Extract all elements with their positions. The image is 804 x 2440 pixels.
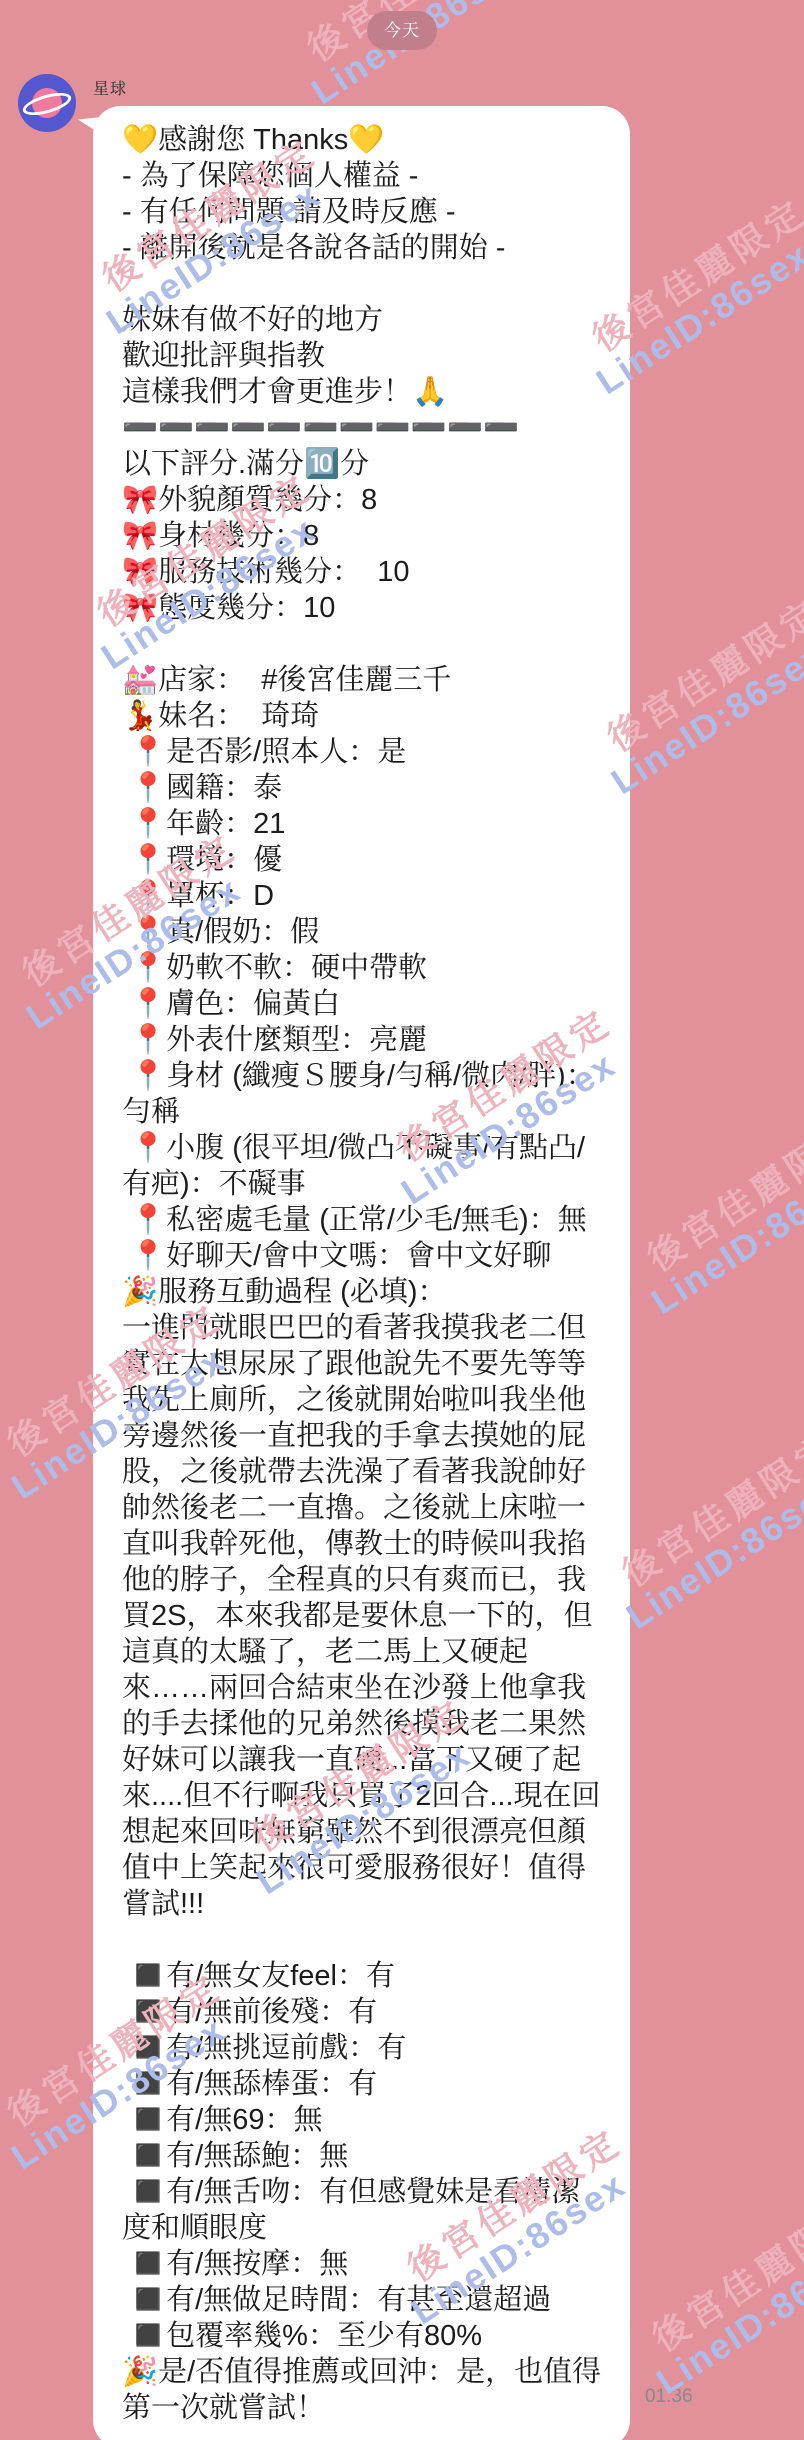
- message-line: 🎀態度幾分：10: [122, 590, 602, 626]
- message-line: ◼️有/無挑逗前戲：有: [122, 2030, 602, 2066]
- watermark-brand-text: 後宮佳麗限定: [641, 2185, 804, 2362]
- message-line: 這樣我們才會更進步！🙏: [122, 374, 602, 410]
- message-line: [122, 266, 602, 302]
- message-line: 🎉服務互動過程 (必填)：: [122, 1274, 602, 1310]
- message-line: 🎉是/否值得推薦或回沖：是，也值得第一次就嘗試！: [122, 2354, 602, 2426]
- message-line: 📍環境：優: [122, 842, 602, 878]
- message-line: 📍罩杯：D: [122, 878, 602, 914]
- message-line: - 為了保障您個人權益 -: [122, 158, 602, 194]
- message-bubble[interactable]: 💛感謝您 Thanks💛- 為了保障您個人權益 -- 有任何問題 請及時反應 -…: [93, 106, 630, 2440]
- message-line: 💃妹名： 琦琦: [122, 698, 602, 734]
- avatar[interactable]: [18, 74, 76, 132]
- watermark-lineid-text: LineID:86sex: [649, 2223, 804, 2403]
- message-line: ◼️有/無女友feel：有: [122, 1958, 602, 1994]
- message-line: - 有任何問題 請及時反應 -: [122, 194, 602, 230]
- message-line: ◼️有/無做足時間：有甚至還超過: [122, 2282, 602, 2318]
- message-line: 📍年齡：21: [122, 806, 602, 842]
- message-line: ◼️包覆率幾%：至少有80%: [122, 2318, 602, 2354]
- message-line: 🎀身材幾分：8: [122, 518, 602, 554]
- message-line: 📍是否影/照本人：是: [122, 734, 602, 770]
- watermark: 後宮佳麗限定LineID:86sex: [641, 2185, 804, 2392]
- watermark-brand-text: 後宮佳麗限定: [636, 1105, 804, 1282]
- watermark: 後宮佳麗限定LineID:86sex: [636, 1105, 804, 1312]
- message-line: ◼️有/無按摩：無: [122, 2246, 602, 2282]
- message-line: 📍好聊天/會中文嗎：會中文好聊: [122, 1238, 602, 1274]
- message-line: 📍身材 (纖瘦Ｓ腰身/勻稱/微肉/胖)：勻稱: [122, 1058, 602, 1130]
- message-line: 🎀外貌顏質幾分：8: [122, 482, 602, 518]
- message-line: 📍膚色：偏黃白: [122, 986, 602, 1022]
- message-line: ◼️有/無舌吻：有但感覺妹是看清潔度和順眼度: [122, 2174, 602, 2246]
- watermark: 後宮佳麗限定LineID:86sex: [611, 1420, 804, 1627]
- message-line: ◼️有/無舔鮑：無: [122, 2138, 602, 2174]
- message-line: ◼️有/無前後殘：有: [122, 1994, 602, 2030]
- sender-name: 星球: [93, 76, 127, 99]
- message-text: 💛感謝您 Thanks💛- 為了保障您個人權益 -- 有任何問題 請及時反應 -…: [122, 122, 602, 2426]
- message-line: 💒店家： #後宮佳麗三千: [122, 662, 602, 698]
- message-line: [122, 626, 602, 662]
- message-line: 🎀服務技術幾分： 10: [122, 554, 602, 590]
- message-line: - 離開後就是各說各話的開始 -: [122, 230, 602, 266]
- message-line: 📍真/假奶：假: [122, 914, 602, 950]
- message-line: [122, 1922, 602, 1958]
- message-line: 歡迎批評與指教: [122, 338, 602, 374]
- message-line: 📍國籍：泰: [122, 770, 602, 806]
- message-line: 妹妹有做不好的地方: [122, 302, 602, 338]
- message-line: 📍奶軟不軟：硬中帶軟: [122, 950, 602, 986]
- message-line: ➖➖➖➖➖➖➖➖➖➖➖: [122, 410, 602, 446]
- watermark-lineid-text: LineID:86sex: [644, 1143, 804, 1323]
- chat-screen: 今天 星球 💛感謝您 Thanks💛- 為了保障您個人權益 -- 有任何問題 請…: [0, 0, 804, 2440]
- message-line: 💛感謝您 Thanks💛: [122, 122, 602, 158]
- watermark-lineid-text: LineID:86sex: [619, 1458, 804, 1638]
- date-pill: 今天: [367, 11, 437, 50]
- message-line: ◼️有/無舔棒蛋：有: [122, 2066, 602, 2102]
- message-line: 📍小腹 (很平坦/微凸不礙事/有點凸/有疤)：不礙事: [122, 1130, 602, 1202]
- watermark-brand-text: 後宮佳麗限定: [611, 1420, 804, 1597]
- message-line: 以下評分.滿分🔟分: [122, 446, 602, 482]
- bubble-tail-icon: [78, 117, 108, 142]
- watermark-lineid-text: LineID:86sex: [604, 623, 804, 803]
- message-timestamp: 01:36: [645, 2386, 693, 2408]
- message-line: 📍外表什麼類型：亮麗: [122, 1022, 602, 1058]
- message-line: 一進門就眼巴巴的看著我摸我老二但實在太想尿尿了跟他說先不要先等等我先上廁所，之後…: [122, 1310, 602, 1922]
- message-line: 📍私密處毛量 (正常/少毛/無毛)：無: [122, 1202, 602, 1238]
- message-line: ◼️有/無69：無: [122, 2102, 602, 2138]
